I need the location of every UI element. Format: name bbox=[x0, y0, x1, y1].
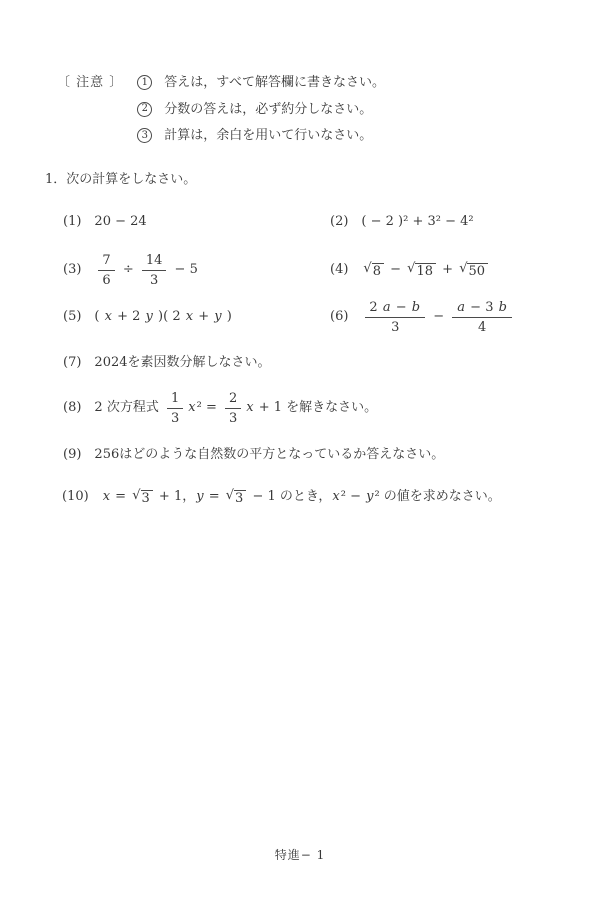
notice-items: 1 答えは，すべて解答欄に書きなさい。 2 分数の答えは，必ず約分しなさい。 3… bbox=[137, 74, 385, 145]
math-text: − bbox=[392, 300, 411, 315]
math-text: 3 bbox=[171, 411, 179, 426]
problem-expression: ( x + 2 y )( 2 x + y ) bbox=[94, 308, 231, 326]
problem-expression: ( − 2 )² + 3² − 4² bbox=[361, 213, 473, 231]
math-variable: y bbox=[213, 308, 222, 326]
notice-block: 〔 注意 〕 1 答えは，すべて解答欄に書きなさい。 2 分数の答えは，必ず約分… bbox=[57, 74, 385, 145]
fraction-numerator: 2 a − b bbox=[365, 300, 425, 318]
math-text: − 1 のとき， bbox=[248, 488, 331, 506]
math-text: = bbox=[205, 488, 224, 506]
sqrt-expression: √3 bbox=[132, 488, 153, 506]
notice-item-text: 分数の答えは，必ず約分しなさい。 bbox=[164, 101, 372, 119]
radicand: 3 bbox=[234, 490, 246, 506]
math-text: − 3 bbox=[466, 300, 498, 315]
fraction: 13 bbox=[167, 391, 183, 426]
problem-expression: 2 次方程式 13x² = 23x + 1 を解きなさい。 bbox=[94, 391, 377, 426]
radicand: 8 bbox=[372, 263, 384, 279]
circled-number-1: 1 bbox=[137, 75, 152, 90]
problem-label: (3) bbox=[63, 261, 81, 279]
math-variable: x bbox=[102, 488, 111, 506]
math-text: )( 2 bbox=[154, 308, 185, 326]
radicand: 3 bbox=[141, 490, 153, 506]
problem-expression: √8 − √18 + √50 bbox=[361, 261, 490, 279]
notice-item-text: 計算は，余白を用いて行いなさい。 bbox=[164, 127, 372, 145]
fraction-denominator: 3 bbox=[150, 271, 158, 288]
problem-10: (10) x = √3 + 1，y = √3 − 1 のとき，x² − y² の… bbox=[62, 488, 501, 506]
section-title: 次の計算をしなさい。 bbox=[66, 172, 196, 187]
math-variable: x bbox=[187, 399, 196, 417]
math-text: − bbox=[429, 308, 448, 326]
problem-3: (3) 76 ÷ 143 − 5 bbox=[63, 252, 198, 288]
sqrt-expression: √50 bbox=[459, 261, 488, 279]
sqrt-expression: √8 bbox=[363, 261, 384, 279]
fraction-numerator: 14 bbox=[142, 253, 167, 271]
problem-expression: 2024を素因数分解しなさい。 bbox=[94, 354, 270, 372]
problem-6: (6) 2 a − b3 − a − 3 b4 bbox=[330, 299, 516, 335]
radical-sign: √ bbox=[132, 488, 140, 504]
radicand: 50 bbox=[467, 263, 488, 279]
math-variable: a bbox=[382, 300, 392, 315]
notice-item-1: 1 答えは，すべて解答欄に書きなさい。 bbox=[137, 74, 385, 92]
math-text: 3 bbox=[391, 320, 399, 335]
fraction: 143 bbox=[142, 253, 167, 288]
math-text: + 2 bbox=[113, 308, 145, 326]
math-text: ² の値を求めなさい。 bbox=[374, 488, 500, 506]
math-text: 3 bbox=[150, 273, 158, 288]
fraction-denominator: 3 bbox=[171, 409, 179, 426]
problem-8: (8) 2 次方程式 13x² = 23x + 1 を解きなさい。 bbox=[63, 390, 377, 426]
math-text: 3 bbox=[229, 411, 237, 426]
problem-expression: 76 ÷ 143 − 5 bbox=[94, 253, 197, 288]
math-text: 2 bbox=[369, 300, 381, 315]
notice-item-2: 2 分数の答えは，必ず約分しなさい。 bbox=[137, 101, 385, 119]
circled-number-2: 2 bbox=[137, 102, 152, 117]
math-text: + bbox=[438, 261, 457, 279]
math-variable: y bbox=[195, 488, 204, 506]
math-text: 14 bbox=[146, 253, 163, 268]
math-variable: x bbox=[185, 308, 194, 326]
radical-sign: √ bbox=[407, 261, 415, 277]
radicand: 18 bbox=[415, 263, 436, 279]
problem-expression: x = √3 + 1，y = √3 − 1 のとき，x² − y² の値を求めな… bbox=[102, 488, 501, 506]
problem-9: (9) 256はどのような自然数の平方となっているか答えなさい。 bbox=[63, 446, 444, 464]
math-text: + 1， bbox=[155, 488, 195, 506]
math-text: 4 bbox=[478, 320, 486, 335]
math-variable: x bbox=[245, 399, 254, 417]
fraction-denominator: 3 bbox=[391, 318, 399, 335]
problem-expression: 20 − 24 bbox=[94, 213, 146, 231]
math-text: ) bbox=[223, 308, 232, 326]
math-text: 256はどのような自然数の平方となっているか答えなさい。 bbox=[94, 446, 444, 464]
math-variable: x bbox=[104, 308, 113, 326]
math-text: 7 bbox=[102, 253, 110, 268]
radical-sign: √ bbox=[226, 488, 234, 504]
circled-number-3: 3 bbox=[137, 128, 152, 143]
math-text: ÷ bbox=[119, 261, 138, 279]
math-text: ² − bbox=[341, 488, 365, 506]
problem-label: (9) bbox=[63, 446, 81, 464]
math-text: + bbox=[194, 308, 213, 326]
sqrt-expression: √3 bbox=[226, 488, 247, 506]
math-text: − 5 bbox=[170, 261, 197, 279]
math-text: + 1 を解きなさい。 bbox=[255, 399, 378, 417]
section-number: 1． bbox=[45, 172, 66, 187]
math-text: 20 − 24 bbox=[94, 213, 146, 231]
sqrt-expression: √18 bbox=[407, 261, 436, 279]
problem-5: (5) ( x + 2 y )( 2 x + y ) bbox=[63, 299, 232, 335]
math-text: − bbox=[386, 261, 405, 279]
math-text: 2 bbox=[229, 391, 237, 406]
problem-label: (1) bbox=[63, 213, 81, 231]
math-text: ( − 2 )² + 3² − 4² bbox=[361, 213, 473, 231]
math-text: 6 bbox=[102, 273, 110, 288]
math-text: 2 次方程式 bbox=[94, 399, 163, 417]
problem-label: (6) bbox=[330, 308, 348, 326]
fraction-numerator: a − 3 b bbox=[452, 300, 512, 318]
fraction: 2 a − b3 bbox=[365, 300, 425, 335]
problem-4: (4) √8 − √18 + √50 bbox=[330, 252, 490, 288]
fraction: 23 bbox=[225, 391, 241, 426]
fraction-denominator: 4 bbox=[478, 318, 486, 335]
problem-label: (2) bbox=[330, 213, 348, 231]
problem-label: (10) bbox=[62, 488, 89, 506]
problem-label: (7) bbox=[63, 354, 81, 372]
notice-bracket-label: 〔 注意 〕 bbox=[57, 74, 123, 145]
math-variable: a bbox=[456, 300, 466, 315]
math-variable: x bbox=[331, 488, 340, 506]
problem-label: (4) bbox=[330, 261, 348, 279]
fraction-numerator: 7 bbox=[98, 253, 114, 271]
math-text: 1 bbox=[171, 391, 179, 406]
math-text: 2024を素因数分解しなさい。 bbox=[94, 354, 270, 372]
problem-expression: 256はどのような自然数の平方となっているか答えなさい。 bbox=[94, 446, 444, 464]
fraction-denominator: 6 bbox=[102, 271, 110, 288]
fraction-numerator: 2 bbox=[225, 391, 241, 409]
problem-2: (2) ( − 2 )² + 3² − 4² bbox=[330, 213, 474, 231]
problem-label: (8) bbox=[63, 399, 81, 417]
notice-item-text: 答えは，すべて解答欄に書きなさい。 bbox=[164, 74, 385, 92]
problem-label: (5) bbox=[63, 308, 81, 326]
fraction-denominator: 3 bbox=[229, 409, 237, 426]
fraction: a − 3 b4 bbox=[452, 300, 512, 335]
exam-page: 〔 注意 〕 1 答えは，すべて解答欄に書きなさい。 2 分数の答えは，必ず約分… bbox=[0, 0, 600, 900]
problem-expression: 2 a − b3 − a − 3 b4 bbox=[361, 300, 516, 335]
page-footer: 特進− 1 bbox=[0, 846, 600, 864]
math-text: = bbox=[111, 488, 130, 506]
fraction: 76 bbox=[98, 253, 114, 288]
math-text: ² = bbox=[197, 399, 221, 417]
math-variable: y bbox=[365, 488, 374, 506]
fraction-numerator: 1 bbox=[167, 391, 183, 409]
section-heading: 1．次の計算をしなさい。 bbox=[45, 171, 196, 189]
radical-sign: √ bbox=[459, 261, 467, 277]
math-variable: y bbox=[145, 308, 154, 326]
math-text: ( bbox=[94, 308, 103, 326]
radical-sign: √ bbox=[363, 261, 371, 277]
problem-1: (1) 20 − 24 bbox=[63, 213, 147, 231]
math-variable: b bbox=[411, 300, 421, 315]
problem-7: (7) 2024を素因数分解しなさい。 bbox=[63, 354, 271, 372]
notice-item-3: 3 計算は，余白を用いて行いなさい。 bbox=[137, 127, 385, 145]
math-variable: b bbox=[498, 300, 508, 315]
